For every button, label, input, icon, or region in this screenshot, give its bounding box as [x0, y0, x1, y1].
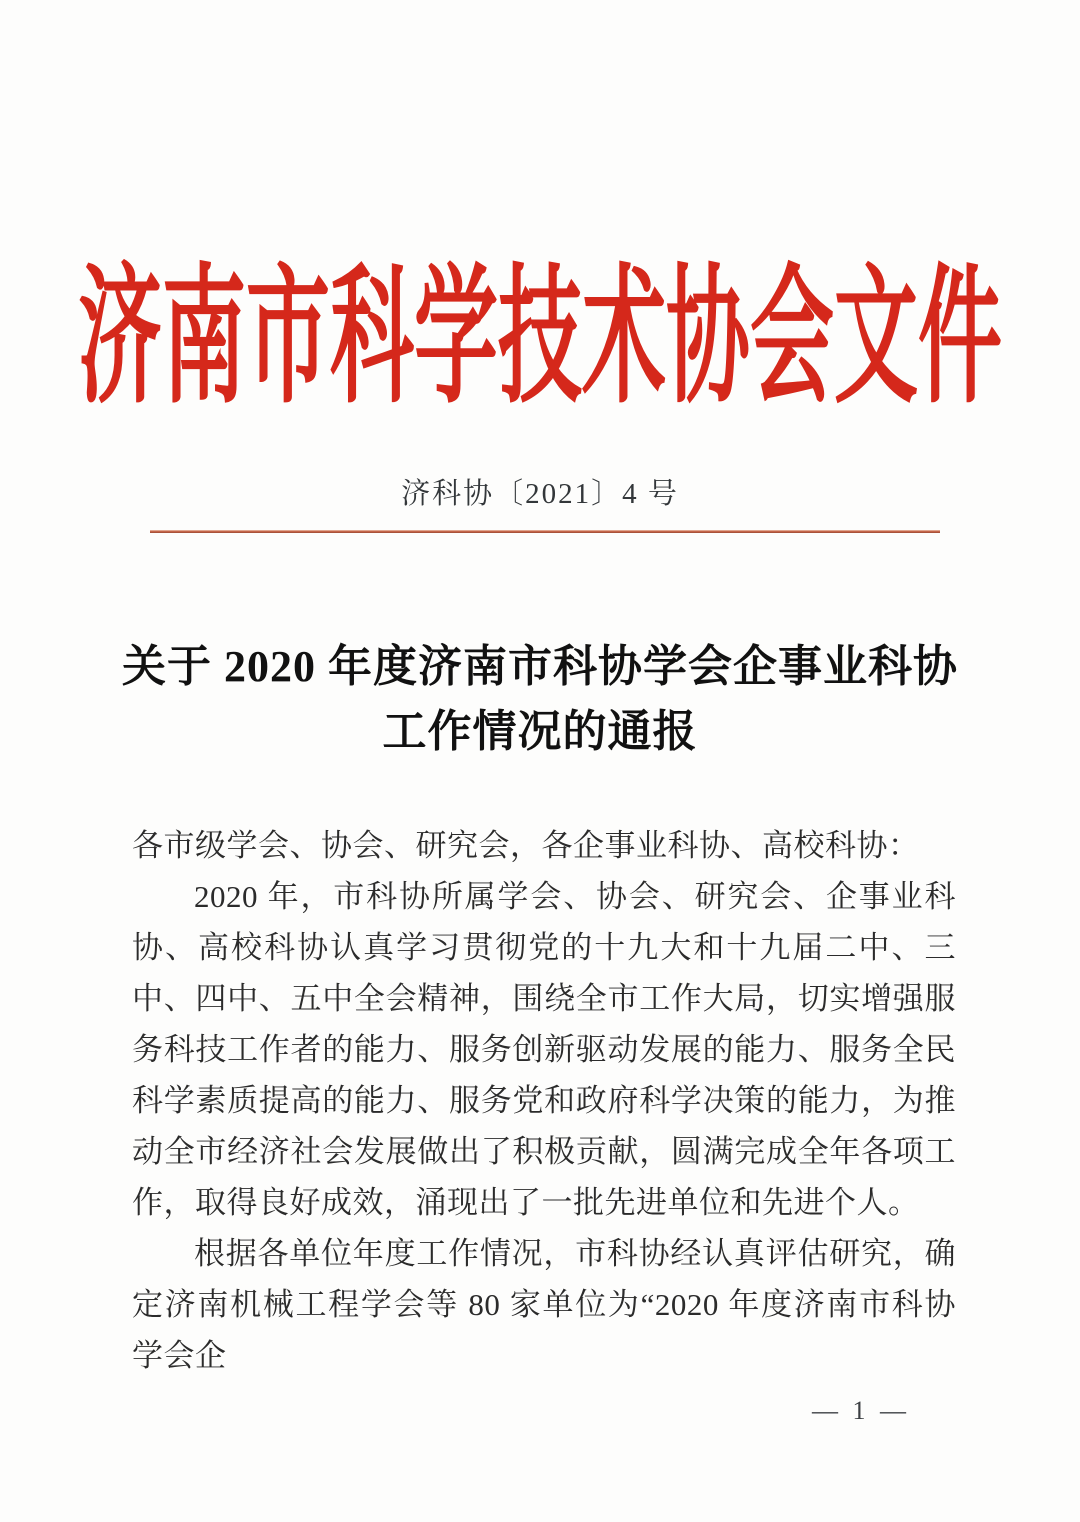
document-title-line1: 关于 2020 年度济南市科协学会企事业科协 — [122, 642, 958, 691]
body-paragraph-1: 2020 年，市科协所属学会、协会、研究会、企事业科协、高校科协认真学习贯彻党的… — [132, 871, 956, 1228]
document-number: 济科协〔2021〕4 号 — [0, 477, 1080, 511]
document-page: 济南市科学技术协会文件 济科协〔2021〕4 号 关于 2020 年度济南市科协… — [0, 0, 1080, 1522]
document-title: 关于 2020 年度济南市科协学会企事业科协 工作情况的通报 — [0, 634, 1080, 764]
page-number: — 1 — — [812, 1396, 910, 1426]
salutation-line: 各市级学会、协会、研究会，各企事业科协、高校科协： — [132, 820, 956, 871]
body-paragraph-2: 根据各单位年度工作情况，市科协经认真评估研究，确定济南机械工程学会等 80 家单… — [132, 1228, 956, 1381]
letterhead-title: 济南市科学技术协会文件 — [0, 262, 1080, 419]
red-divider-line — [150, 530, 940, 533]
document-title-line2: 工作情况的通报 — [383, 707, 698, 756]
document-body: 各市级学会、协会、研究会，各企事业科协、高校科协： 2020 年，市科协所属学会… — [132, 820, 956, 1381]
